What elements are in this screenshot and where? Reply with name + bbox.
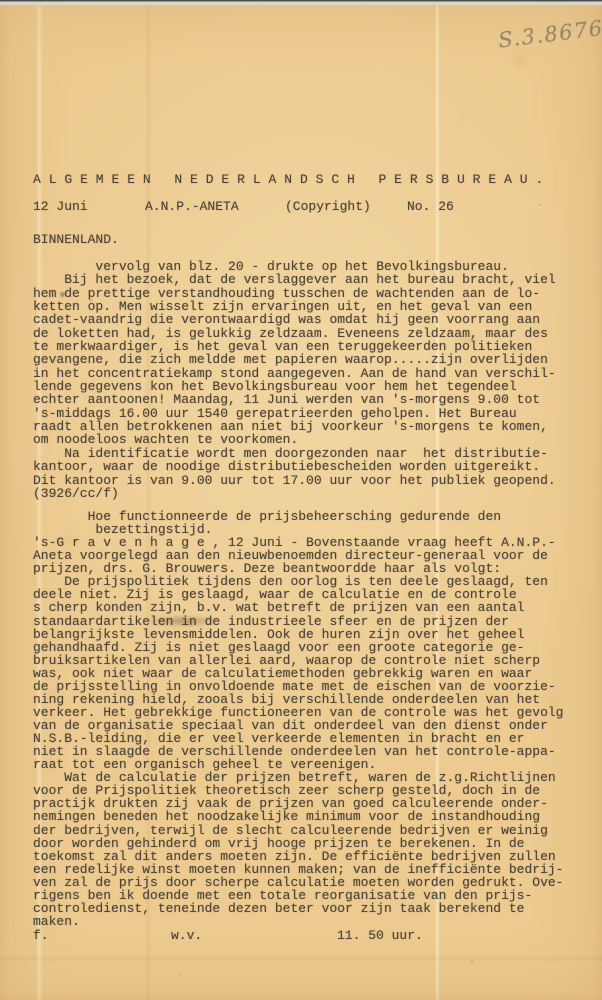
issue-number: No. 26 — [407, 199, 454, 214]
footer-timestamp: 11. 50 uur. — [337, 928, 423, 943]
footer-editor-initial: f. — [33, 928, 49, 943]
footer-typist-initials: w.v. — [171, 928, 202, 943]
bureau-title: A L G E M E E N N E D E R L A N D S C H … — [33, 172, 543, 187]
article-prijsbeheersching-text: Hoe functionneerde de prijsbeheersching … — [33, 510, 564, 928]
issue-date: 12 Juni — [33, 199, 88, 214]
scan-top-edge — [0, 0, 602, 6]
section-heading-binnenland: BINNENLAND. — [33, 232, 119, 247]
dateline-row: 12 Juni A.N.P.-ANETA (Copyright) No. 26 — [0, 199, 602, 213]
copyright-notice: (Copyright) — [285, 199, 371, 214]
handwritten-ref-number: S.3.8676 — [497, 15, 602, 52]
agency-name: A.N.P.-ANETA — [145, 199, 239, 214]
article-bevolkingsbureau-text: vervolg van blz. 20 - drukte op het Bevo… — [33, 260, 556, 500]
scanned-document-page: S.3.8676 A L G E M E E N N E D E R L A N… — [0, 0, 602, 1000]
footer-row: f. w.v. 11. 50 uur. — [0, 928, 602, 942]
